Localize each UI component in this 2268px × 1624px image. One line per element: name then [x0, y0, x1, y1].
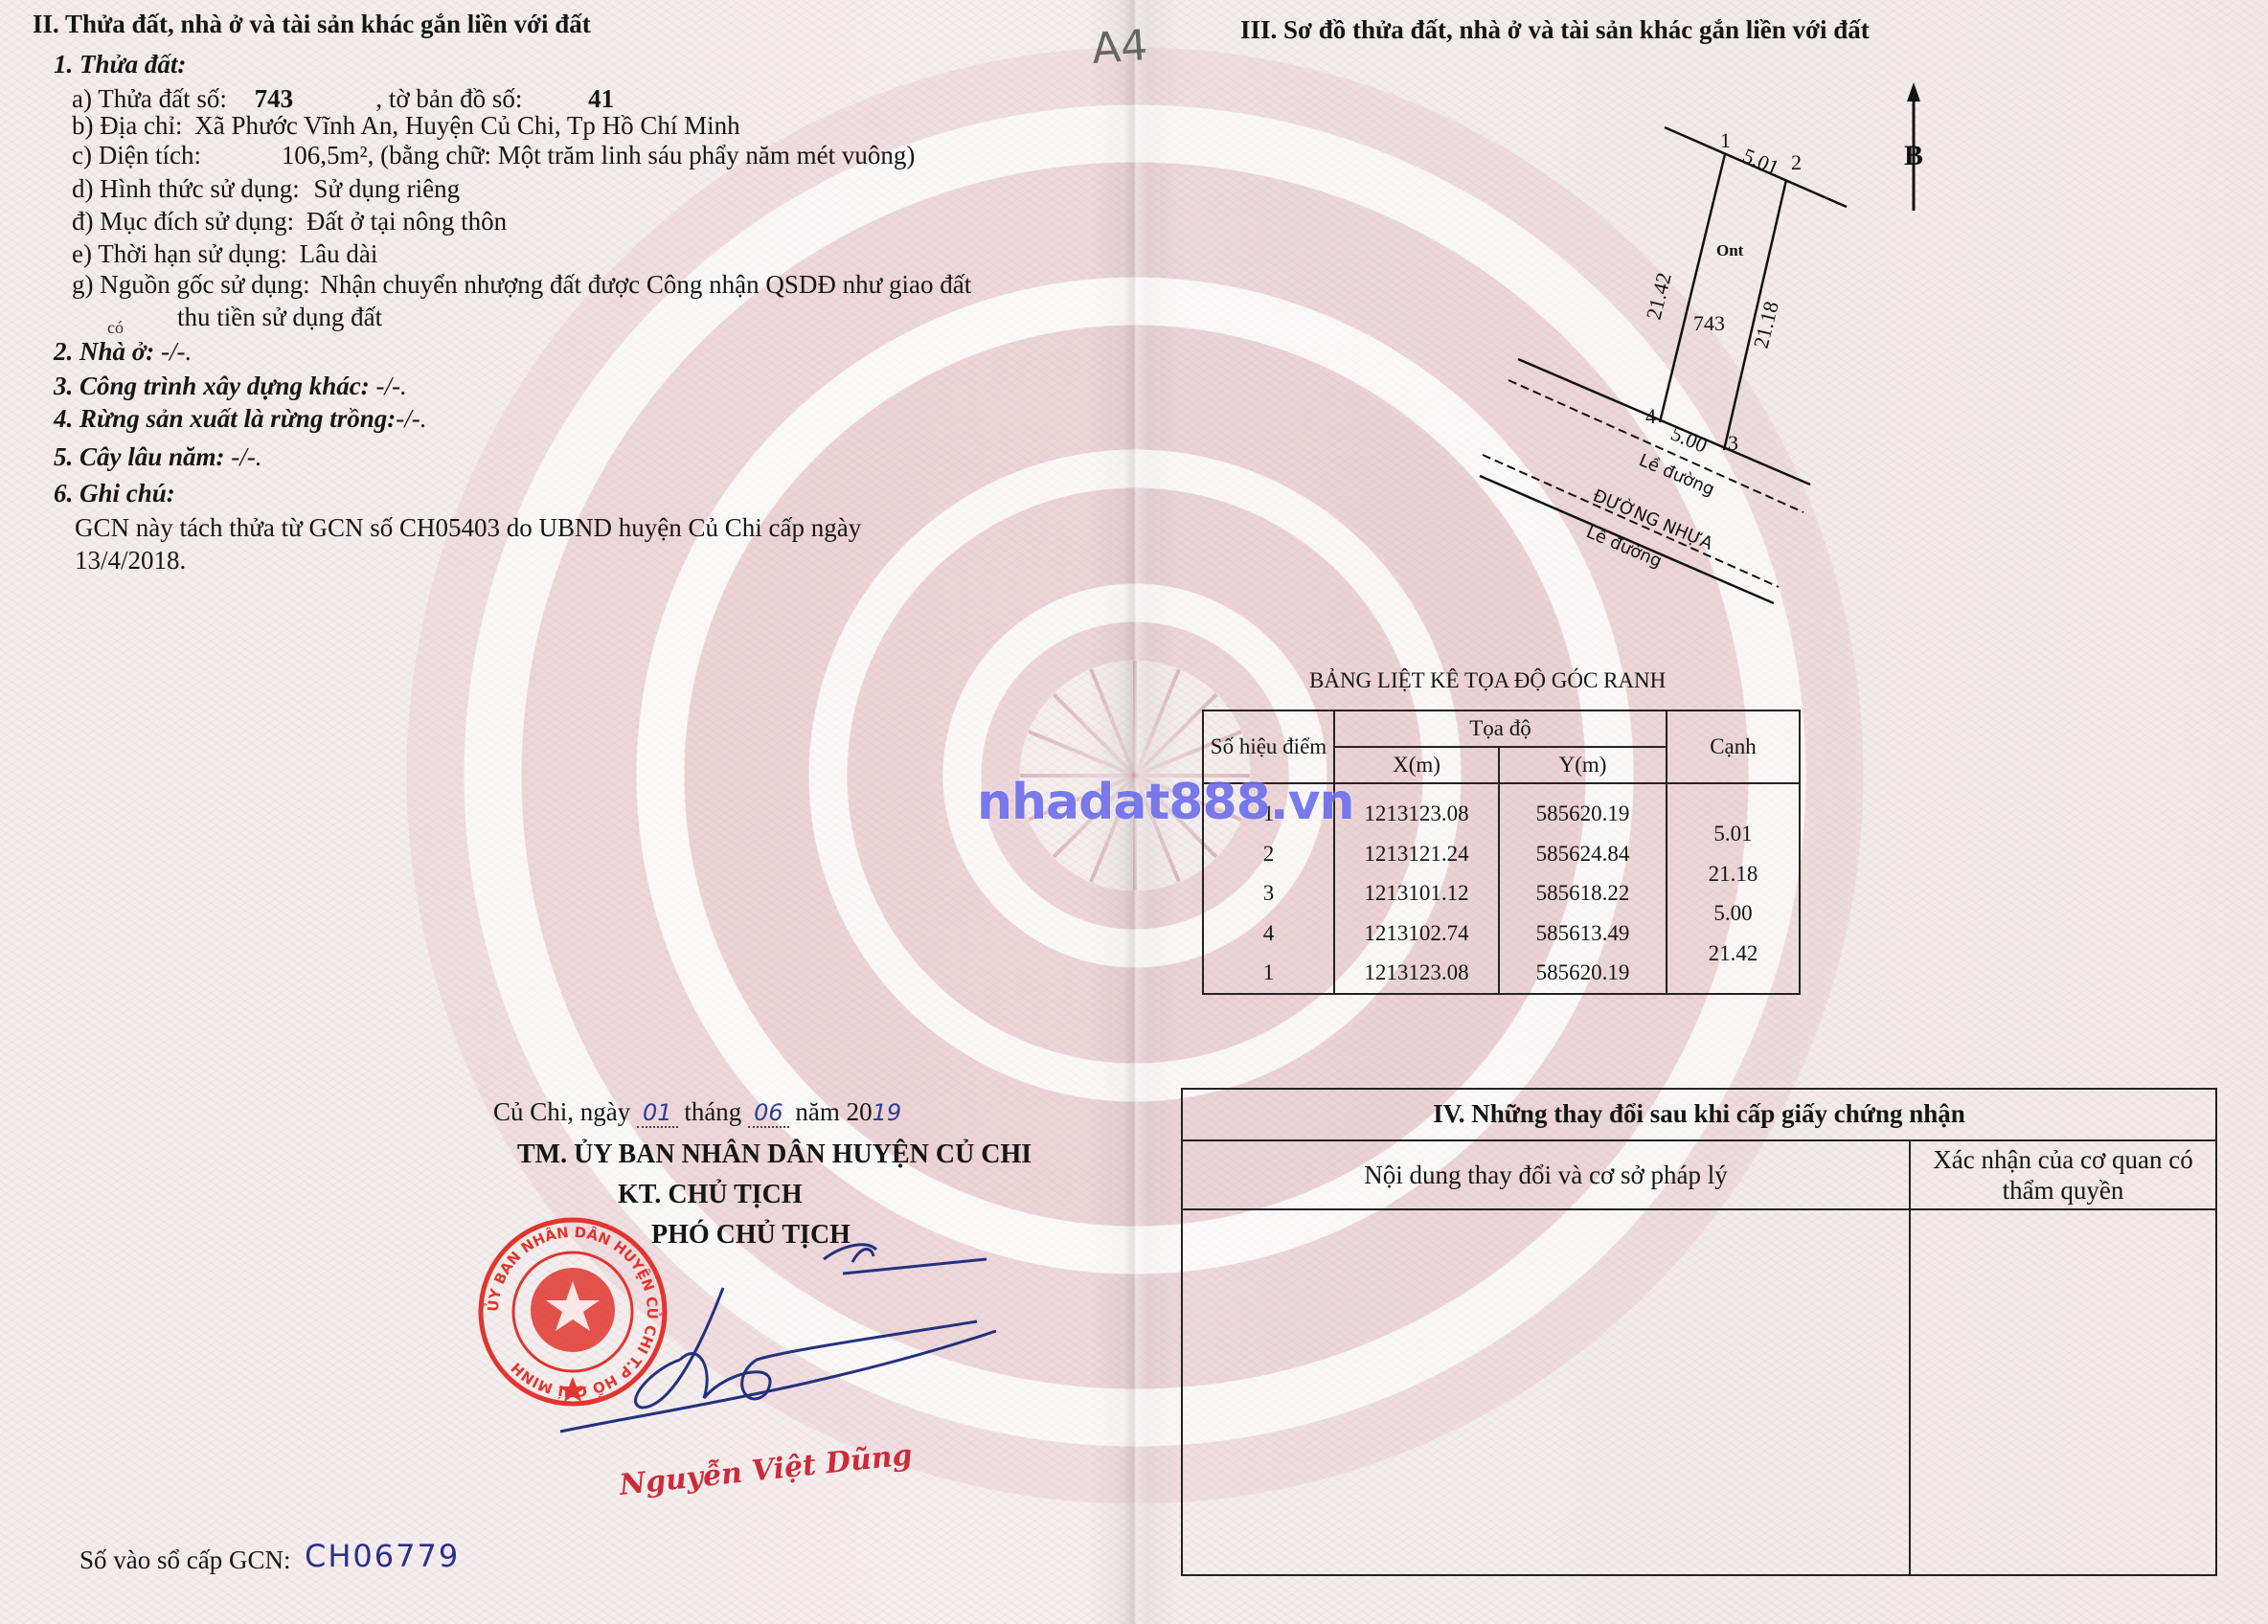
purpose-row: đ) Mục đích sử dụng: Đất ở tại nông thôn	[72, 207, 507, 237]
origin-value: Nhận chuyển nhượng đất được Công nhận QS…	[316, 270, 971, 299]
other-construction-row: 3. Công trình xây dựng khác: -/-.	[54, 372, 407, 401]
edge-length: 5.00	[1667, 893, 1799, 934]
x-coordinate: 1213121.24	[1335, 834, 1498, 874]
issuing-organization: TM. ỦY BAN NHÂN DÂN HUYỆN CỦ CHI	[517, 1139, 1032, 1170]
notes-line-1: GCN này tách thửa từ GCN số CH05403 do U…	[75, 513, 861, 543]
plot-diagram-drawing: B 1 2 3 4 5.01 5.00 21.42 21.18 Ont 743 …	[1437, 57, 1954, 632]
coord-table-title: BẢNG LIỆT KÊ TỌA ĐỘ GÓC RANH	[1309, 668, 1666, 693]
plot-diagram: B 1 2 3 4 5.01 5.00 21.42 21.18 Ont 743 …	[1437, 57, 1954, 632]
notes-heading: 6. Ghi chú:	[54, 479, 175, 508]
edge-length-column: 5.0121.185.0021.42	[1667, 783, 1800, 994]
registry-number-value: CH06779	[305, 1538, 460, 1574]
svg-text:4: 4	[1645, 404, 1656, 428]
issue-year-suffix: 19	[873, 1099, 902, 1126]
x-coordinate-column: 1213123.081213121.241213101.121213102.74…	[1334, 783, 1499, 994]
svg-text:1: 1	[1720, 128, 1731, 152]
issue-month: 06	[748, 1099, 789, 1128]
col-x: X(m)	[1334, 747, 1499, 783]
col-edge-length: Cạnh	[1667, 710, 1800, 783]
point-number: 3	[1204, 873, 1333, 913]
address-row: b) Địa chỉ: Xã Phước Vĩnh An, Huyện Củ C…	[72, 111, 740, 141]
corner-coordinates-table: Số hiệu điểm Tọa độ Cạnh X(m) Y(m) 12341…	[1202, 710, 1801, 995]
usage-form-value: Sử dụng riêng	[306, 174, 461, 203]
site-watermark: nhadat888.vn	[977, 774, 1354, 831]
area-value: 106,5m², (bằng chữ: Một trăm linh sáu ph…	[282, 141, 916, 169]
origin-row: g) Nguồn gốc sử dụng: Nhận chuyển nhượng…	[72, 270, 971, 300]
handwritten-signature-icon	[536, 1207, 1015, 1455]
svg-text:3: 3	[1728, 431, 1738, 455]
svg-text:B: B	[1904, 140, 1923, 171]
y-coordinate: 585618.22	[1500, 873, 1666, 913]
usage-form-row: d) Hình thức sử dụng: Sử dụng riêng	[72, 174, 460, 204]
plot-number: 743	[234, 84, 370, 114]
plot-number-label: 743	[1693, 311, 1725, 335]
x-coordinate: 1213102.74	[1335, 913, 1498, 954]
y-coordinate: 585613.49	[1500, 913, 1666, 954]
house-row: 2. Nhà ở: -/-.	[54, 337, 192, 367]
point-number: 4	[1204, 913, 1333, 954]
y-coordinate: 585620.19	[1500, 953, 1666, 993]
land-plot-heading: 1. Thửa đất:	[54, 50, 186, 79]
x-coordinate: 1213123.08	[1335, 953, 1498, 993]
y-coordinate: 585624.84	[1500, 834, 1666, 874]
point-number: 2	[1204, 834, 1333, 874]
land-use-code: Ont	[1716, 241, 1744, 259]
notes-line-2: 13/4/2018.	[75, 546, 186, 575]
edge-length: 21.42	[1667, 934, 1799, 974]
handwritten-page-label: A4	[1090, 21, 1149, 74]
changes-content-header: Nội dung thay đổi và cơ sở pháp lý	[1183, 1141, 1909, 1210]
authority-confirmation-header: Xác nhận của cơ quan có thẩm quyền	[1911, 1141, 2215, 1210]
section-ii-title: II. Thửa đất, nhà ở và tài sản khác gắn …	[33, 10, 591, 39]
issue-day: 01	[637, 1099, 678, 1128]
registry-number-label: Số vào sổ cấp GCN:	[79, 1545, 290, 1575]
col-point-number: Số hiệu điểm	[1203, 710, 1334, 783]
term-row: e) Thời hạn sử dụng: Lâu dài	[72, 239, 377, 269]
x-coordinate: 1213101.12	[1335, 873, 1498, 913]
sidewalk-label-top: Lề đường	[1636, 450, 1717, 500]
area-row: c) Diện tích: 106,5m², (bằng chữ: Một tr…	[72, 141, 915, 170]
edge-3-4-label: 5.00	[1667, 421, 1711, 458]
changes-content-column: Nội dung thay đổi và cơ sở pháp lý	[1183, 1141, 1911, 1576]
handwritten-note: có	[107, 318, 124, 338]
forest-row: 4. Rừng sản xuất là rừng trồng:-/-.	[54, 404, 426, 434]
origin-value-line2: thu tiền sử dụng đất	[177, 303, 382, 332]
y-coordinate-column: 585620.19585624.84585618.22585613.495856…	[1499, 783, 1667, 994]
point-number: 1	[1204, 953, 1333, 993]
term-value: Lâu dài	[294, 239, 378, 268]
edge-length: 21.18	[1667, 854, 1799, 894]
edge-2-3-label: 21.18	[1749, 299, 1783, 350]
edge-length: 5.01	[1667, 814, 1799, 854]
col-y: Y(m)	[1499, 747, 1667, 783]
x-coordinate: 1213123.08	[1335, 794, 1498, 834]
plot-number-row: a) Thửa đất số: 743 , tờ bản đồ số: 41	[72, 84, 614, 114]
col-coordinates: Tọa độ	[1334, 710, 1667, 747]
purpose-value: Đất ở tại nông thôn	[301, 207, 507, 236]
map-sheet-number: 41	[529, 84, 614, 113]
perennial-row: 5. Cây lâu năm: -/-.	[54, 442, 262, 472]
section-iii-title: III. Sơ đồ thửa đất, nhà ở và tài sản kh…	[1240, 15, 1870, 45]
changes-after-issuance-table: IV. Những thay đổi sau khi cấp giấy chứn…	[1181, 1088, 2217, 1576]
authority-confirmation-column: Xác nhận của cơ quan có thẩm quyền	[1911, 1141, 2215, 1576]
y-coordinate: 585620.19	[1500, 794, 1666, 834]
issue-date: Củ Chi, ngày 01 tháng 06 năm 2019	[493, 1097, 901, 1127]
address-value: Xã Phước Vĩnh An, Huyện Củ Chi, Tp Hồ Ch…	[189, 111, 739, 140]
north-arrow-icon: B	[1904, 82, 1923, 211]
edge-4-1-label: 21.42	[1642, 270, 1676, 322]
svg-text:2: 2	[1791, 150, 1802, 174]
section-iv-title: IV. Những thay đổi sau khi cấp giấy chứn…	[1183, 1090, 2215, 1141]
edge-1-2-label: 5.01	[1739, 144, 1782, 180]
